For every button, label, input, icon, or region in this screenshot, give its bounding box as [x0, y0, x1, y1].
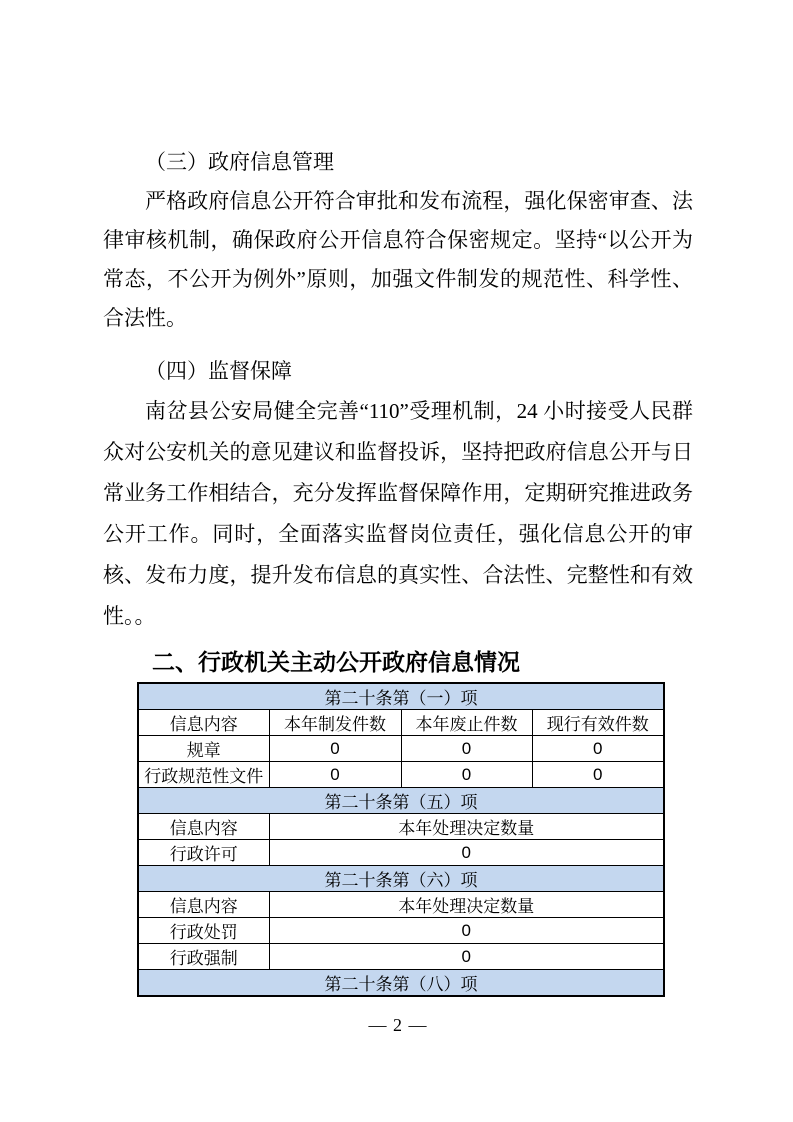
table-row: 行政规范性文件 0 0 0 — [138, 762, 664, 788]
section-heading-info-management: （三）政府信息管理 — [103, 143, 693, 182]
table-row-label: 行政处罚 — [138, 918, 269, 944]
document-content: （三）政府信息管理 严格政府信息公开符合审批和发布流程，强化保密审查、法律审核机… — [103, 0, 693, 1037]
table-section-title: 第二十条第（六）项 — [138, 866, 664, 892]
table-row: 第二十条第（五）项 — [138, 788, 664, 814]
document-page: （三）政府信息管理 严格政府信息公开符合审批和发布流程，强化保密审查、法律审核机… — [0, 0, 793, 1122]
section-heading-supervision: （四）监督保障 — [103, 352, 693, 391]
table-row-label: 行政强制 — [138, 944, 269, 970]
table-cell-value: 0 — [269, 762, 401, 788]
table-col-header: 本年处理决定数量 — [269, 814, 664, 840]
table-row-label: 行政许可 — [138, 840, 269, 866]
table-row: 信息内容 本年处理决定数量 — [138, 892, 664, 918]
table-cell-value: 0 — [269, 840, 664, 866]
table-col-header: 本年处理决定数量 — [269, 892, 664, 918]
table-row-label: 行政规范性文件 — [138, 762, 269, 788]
table-row: 规章 0 0 0 — [138, 736, 664, 762]
table-col-header: 信息内容 — [138, 892, 269, 918]
table-col-header: 本年制发件数 — [269, 710, 401, 736]
paragraph-supervision: 南岔县公安局健全完善“110”受理机制，24 小时接受人民群众对公安机关的意见建… — [103, 391, 693, 637]
table-section-title: 第二十条第（五）项 — [138, 788, 664, 814]
table-row: 行政处罚 0 — [138, 918, 664, 944]
disclosure-table: 第二十条第（一）项 信息内容 本年制发件数 本年废止件数 现行有效件数 规章 0… — [137, 682, 665, 997]
table-cell-value: 0 — [269, 918, 664, 944]
table-row: 信息内容 本年处理决定数量 — [138, 814, 664, 840]
paragraph-info-management: 严格政府信息公开符合审批和发布流程，强化保密审查、法律审核机制，确保政府公开信息… — [103, 182, 693, 338]
table-row: 第二十条第（六）项 — [138, 866, 664, 892]
table-section-title: 第二十条第（一）项 — [138, 683, 664, 710]
table-row-label: 规章 — [138, 736, 269, 762]
table-cell-value: 0 — [269, 944, 664, 970]
table-col-header: 本年废止件数 — [401, 710, 532, 736]
table-col-header: 现行有效件数 — [532, 710, 664, 736]
table-row: 第二十条第（一）项 — [138, 683, 664, 710]
table-cell-value: 0 — [532, 736, 664, 762]
page-number: — 2 — — [103, 1013, 693, 1037]
table-row: 行政强制 0 — [138, 944, 664, 970]
table-col-header: 信息内容 — [138, 814, 269, 840]
table-cell-value: 0 — [269, 736, 401, 762]
table-col-header: 信息内容 — [138, 710, 269, 736]
table-cell-value: 0 — [401, 762, 532, 788]
table-cell-value: 0 — [401, 736, 532, 762]
table-row: 行政许可 0 — [138, 840, 664, 866]
main-section-heading: 二、行政机关主动公开政府信息情况 — [152, 647, 693, 677]
table-row: 信息内容 本年制发件数 本年废止件数 现行有效件数 — [138, 710, 664, 736]
table-cell-value: 0 — [532, 762, 664, 788]
table-row: 第二十条第（八）项 — [138, 970, 664, 997]
table-section-title: 第二十条第（八）项 — [138, 970, 664, 997]
table-wrap: 第二十条第（一）项 信息内容 本年制发件数 本年废止件数 现行有效件数 规章 0… — [137, 682, 693, 997]
